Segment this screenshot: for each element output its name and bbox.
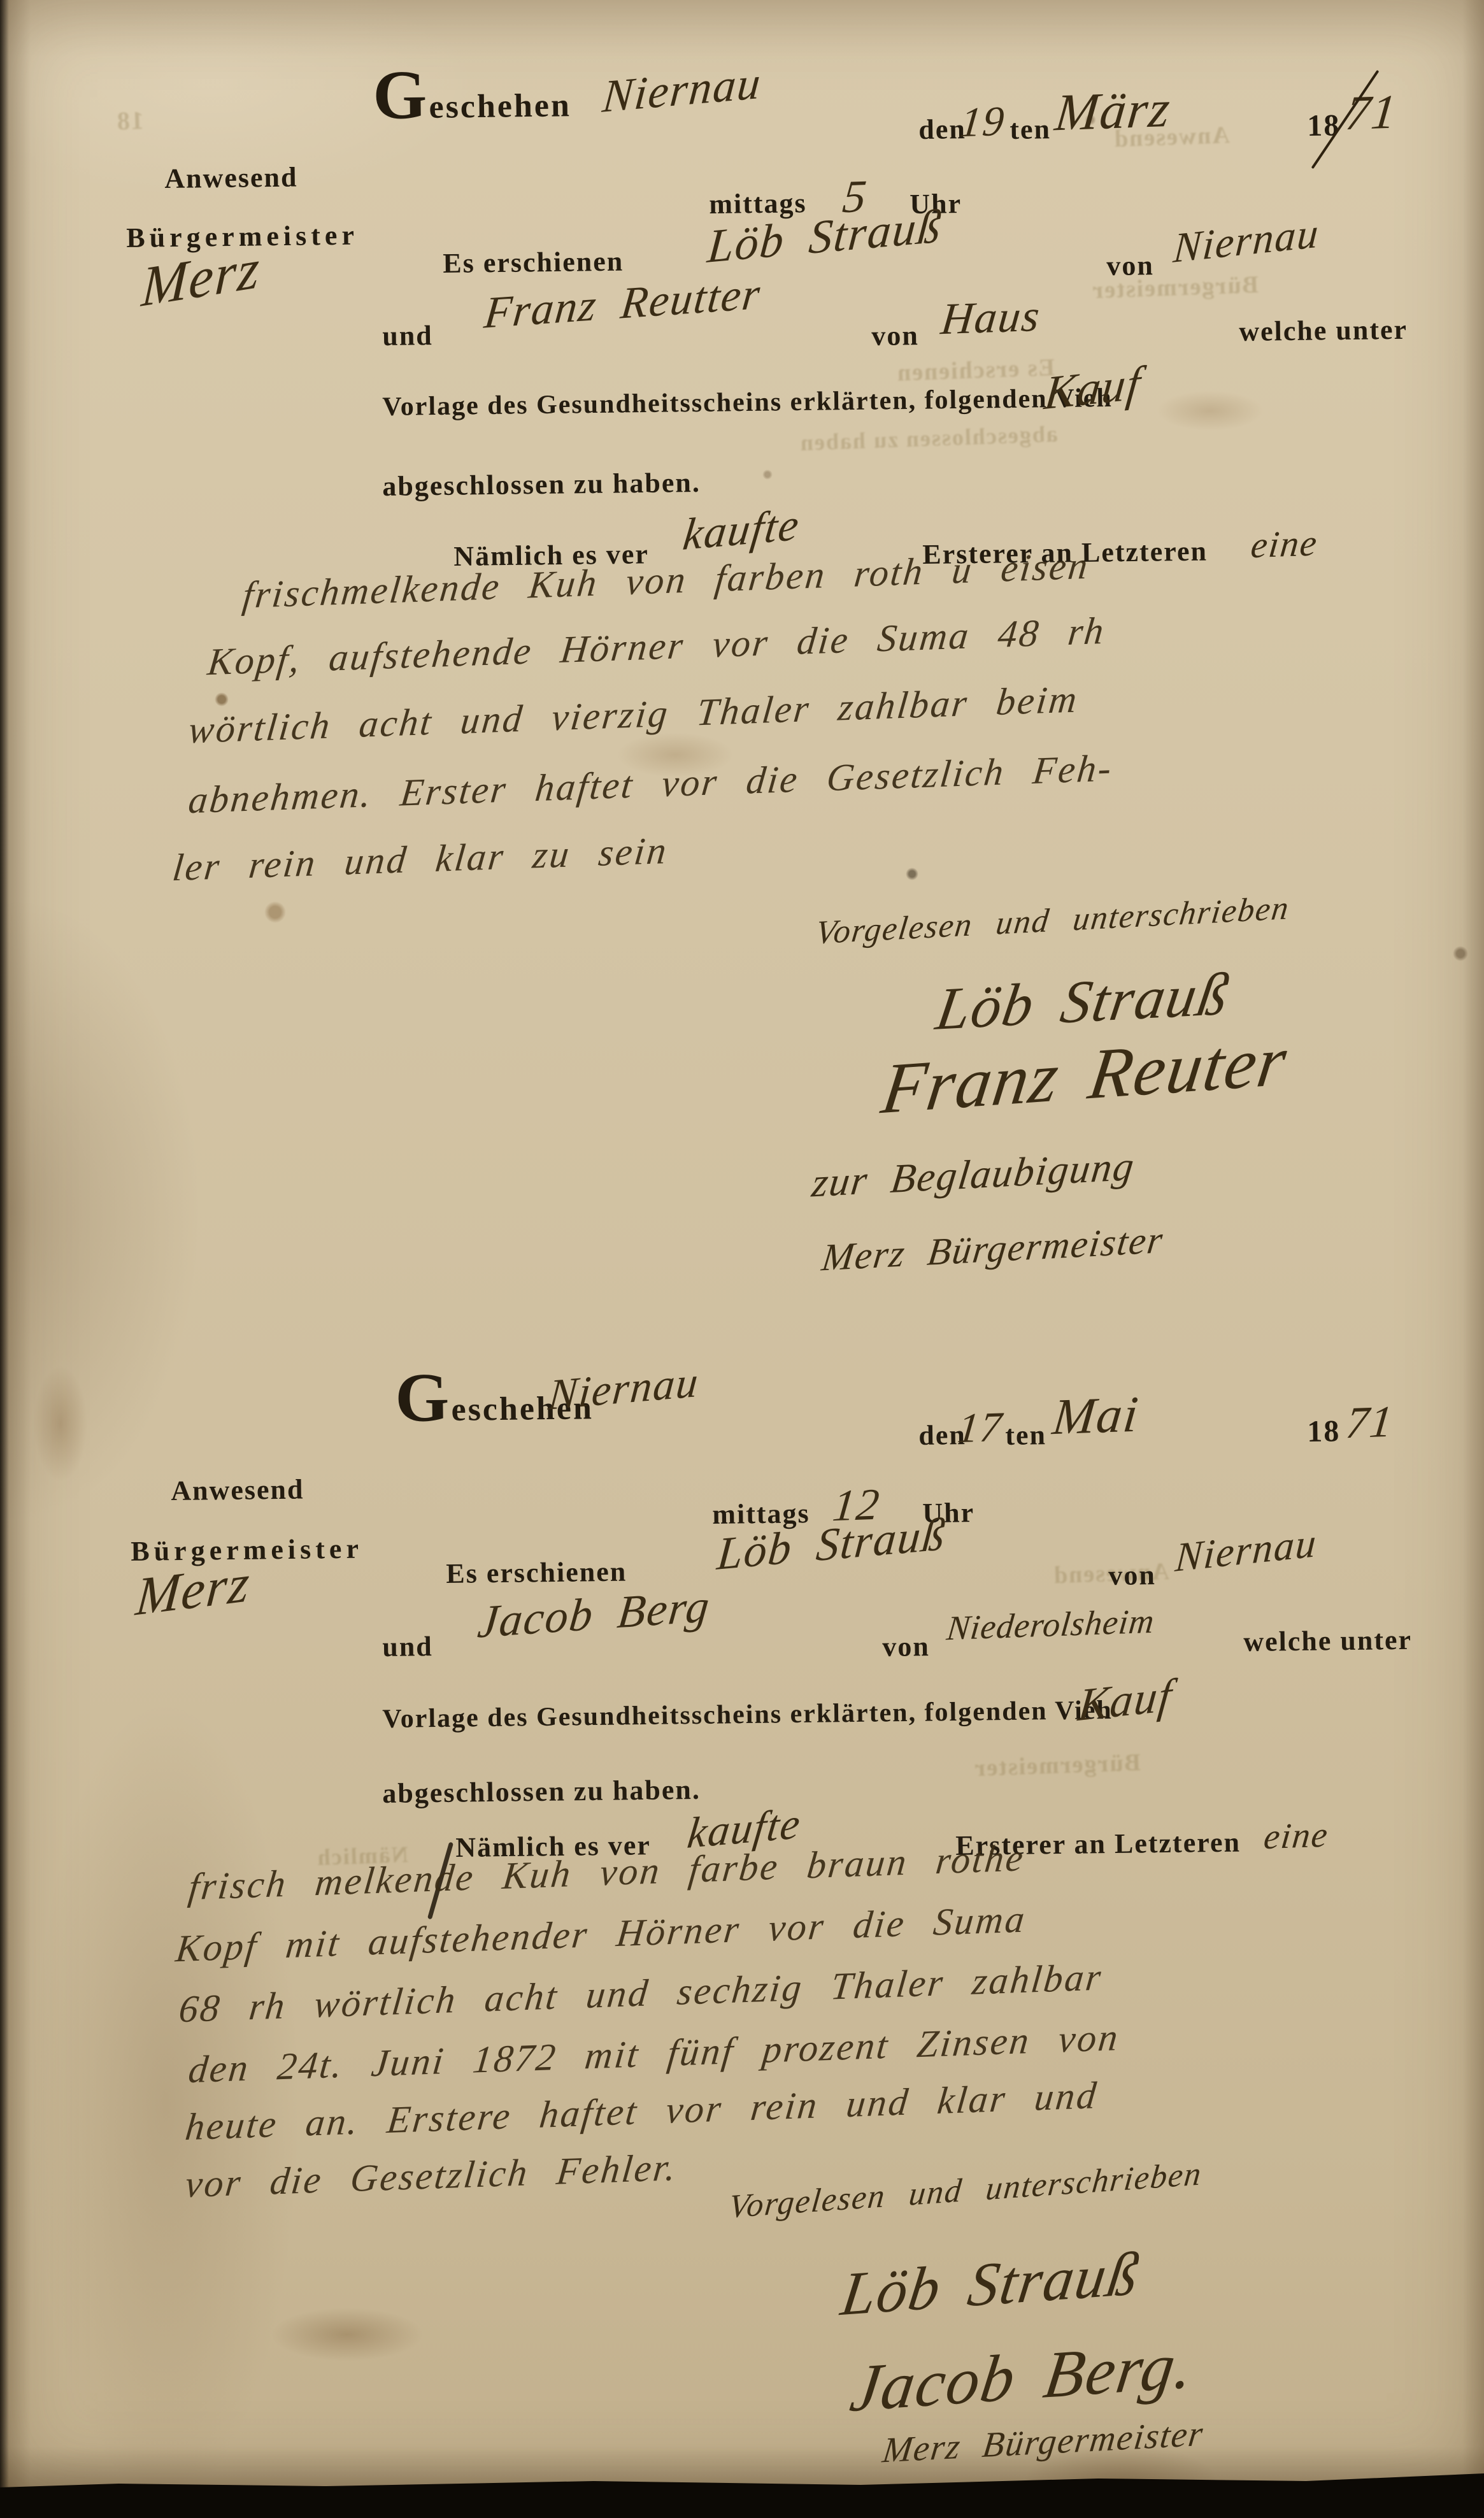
printed-anwesend: Anwesend <box>171 1473 304 1507</box>
handwritten-place: Niernau <box>601 56 764 124</box>
printed-abgeschlossen: abgeschlossen zu haben. <box>382 466 701 503</box>
signature-buyer: Jacob Berg. <box>846 2326 1199 2427</box>
photo-left-edge <box>0 0 9 2518</box>
printed-ten: ten <box>1005 1419 1046 1452</box>
handwritten-year: 71 <box>1344 1396 1396 1449</box>
hand-paragraph-line: wörtlich acht und vierzig Thaler zahlbar… <box>187 677 1081 752</box>
printed-von: von <box>1106 249 1154 282</box>
handwritten-place1: Niernau <box>1172 209 1321 273</box>
printed-ten: ten <box>1010 113 1051 146</box>
printed-abgeschlossen: abgeschlossen zu haben. <box>382 1773 701 1810</box>
handwritten-kauf: Kauf <box>1076 1669 1175 1733</box>
bleedthrough-text: 18 <box>115 105 145 136</box>
handwritten-day: 17 <box>955 1403 1005 1454</box>
handwritten-eine: eine <box>1249 521 1320 566</box>
hand-vorgelesen: Vorgelesen und unterschrieben <box>814 889 1292 952</box>
hand-paragraph-line: ler rein und klar zu sein <box>171 829 671 890</box>
printed-und: und <box>382 319 433 352</box>
document-photo: 18 Anwesend Bürgermeister Es erschienen … <box>0 0 1484 2518</box>
bleedthrough-text: Bürgermeister <box>973 1749 1141 1782</box>
printed-anwesend: Anwesend <box>164 161 298 195</box>
printed-vorlage-line: Vorlage des Gesundheitsscheins erklärten… <box>382 383 1113 422</box>
handwritten-kaufte: kaufte <box>680 499 803 561</box>
signature-seller: Löb Strauß <box>837 2237 1144 2329</box>
handwritten-place2: Niederolsheim <box>945 1601 1156 1649</box>
handwritten-kauf: Kauf <box>1042 356 1144 421</box>
printed-welche-unter: welche unter <box>1239 313 1408 348</box>
handwritten-year: 71 <box>1343 84 1400 141</box>
hand-mayor-attestation: Merz Bürgermeister <box>880 2414 1206 2472</box>
handwritten-month: März <box>1052 79 1174 143</box>
hand-paragraph-line: 68 rh wörtlich acht und sechzig Thaler z… <box>177 1955 1105 2031</box>
handwritten-place2: Haus <box>939 291 1043 346</box>
printed-von2: von <box>871 319 919 352</box>
printed-es-erschienen: Es erschienen <box>446 1556 627 1590</box>
printed-von: von <box>1108 1559 1156 1592</box>
handwritten-place: Niernau <box>546 1356 701 1420</box>
paper-background: 18 Anwesend Bürgermeister Es erschienen … <box>0 0 1484 2491</box>
printed-geschehen: Geschehen <box>373 74 571 127</box>
bleedthrough-text: abgeschlossen zu haben <box>799 420 1058 456</box>
hand-paragraph-line: Kopf, aufstehende Hörner vor die Suma 48… <box>206 609 1108 684</box>
handwritten-day: 19 <box>958 97 1008 148</box>
hand-paragraph-line: vor die Gesetzlich Fehler. <box>183 2145 680 2207</box>
handwritten-eine: eine <box>1262 1814 1331 1857</box>
handwritten-place1: Niernau <box>1174 1519 1319 1582</box>
printed-und: und <box>382 1630 433 1663</box>
hand-paragraph-line: abnehmen. Erster haftet vor die Gesetzli… <box>187 746 1115 822</box>
handwritten-name2: Jacob Berg <box>475 1580 713 1649</box>
handwritten-name2: Franz Reutter <box>482 269 764 340</box>
printed-year-prefix: 18 <box>1307 108 1341 143</box>
hand-paragraph-line: frischmelkende Kuh von farben roth u eis… <box>241 544 1092 618</box>
hand-vorgelesen: Vorgelesen und unterschrieben <box>727 2155 1204 2226</box>
printed-year-prefix: 18 <box>1307 1413 1341 1449</box>
printed-es-erschienen: Es erschienen <box>443 245 624 280</box>
printed-vorlage-line: Vorlage des Gesundheitsscheins erklärten… <box>382 1695 1113 1735</box>
printed-von2: von <box>882 1630 930 1663</box>
hand-mayor-attestation: Merz Bürgermeister <box>819 1218 1166 1280</box>
printed-welche-unter: welche unter <box>1243 1624 1412 1658</box>
handwritten-month: Mai <box>1050 1385 1141 1447</box>
hand-paragraph-line: Kopf mit aufstehender Hörner vor die Sum… <box>174 1897 1029 1971</box>
bleedthrough-text: Es erschienen <box>895 354 1055 387</box>
hand-beglaubigung: zur Beglaubigung <box>810 1142 1138 1206</box>
